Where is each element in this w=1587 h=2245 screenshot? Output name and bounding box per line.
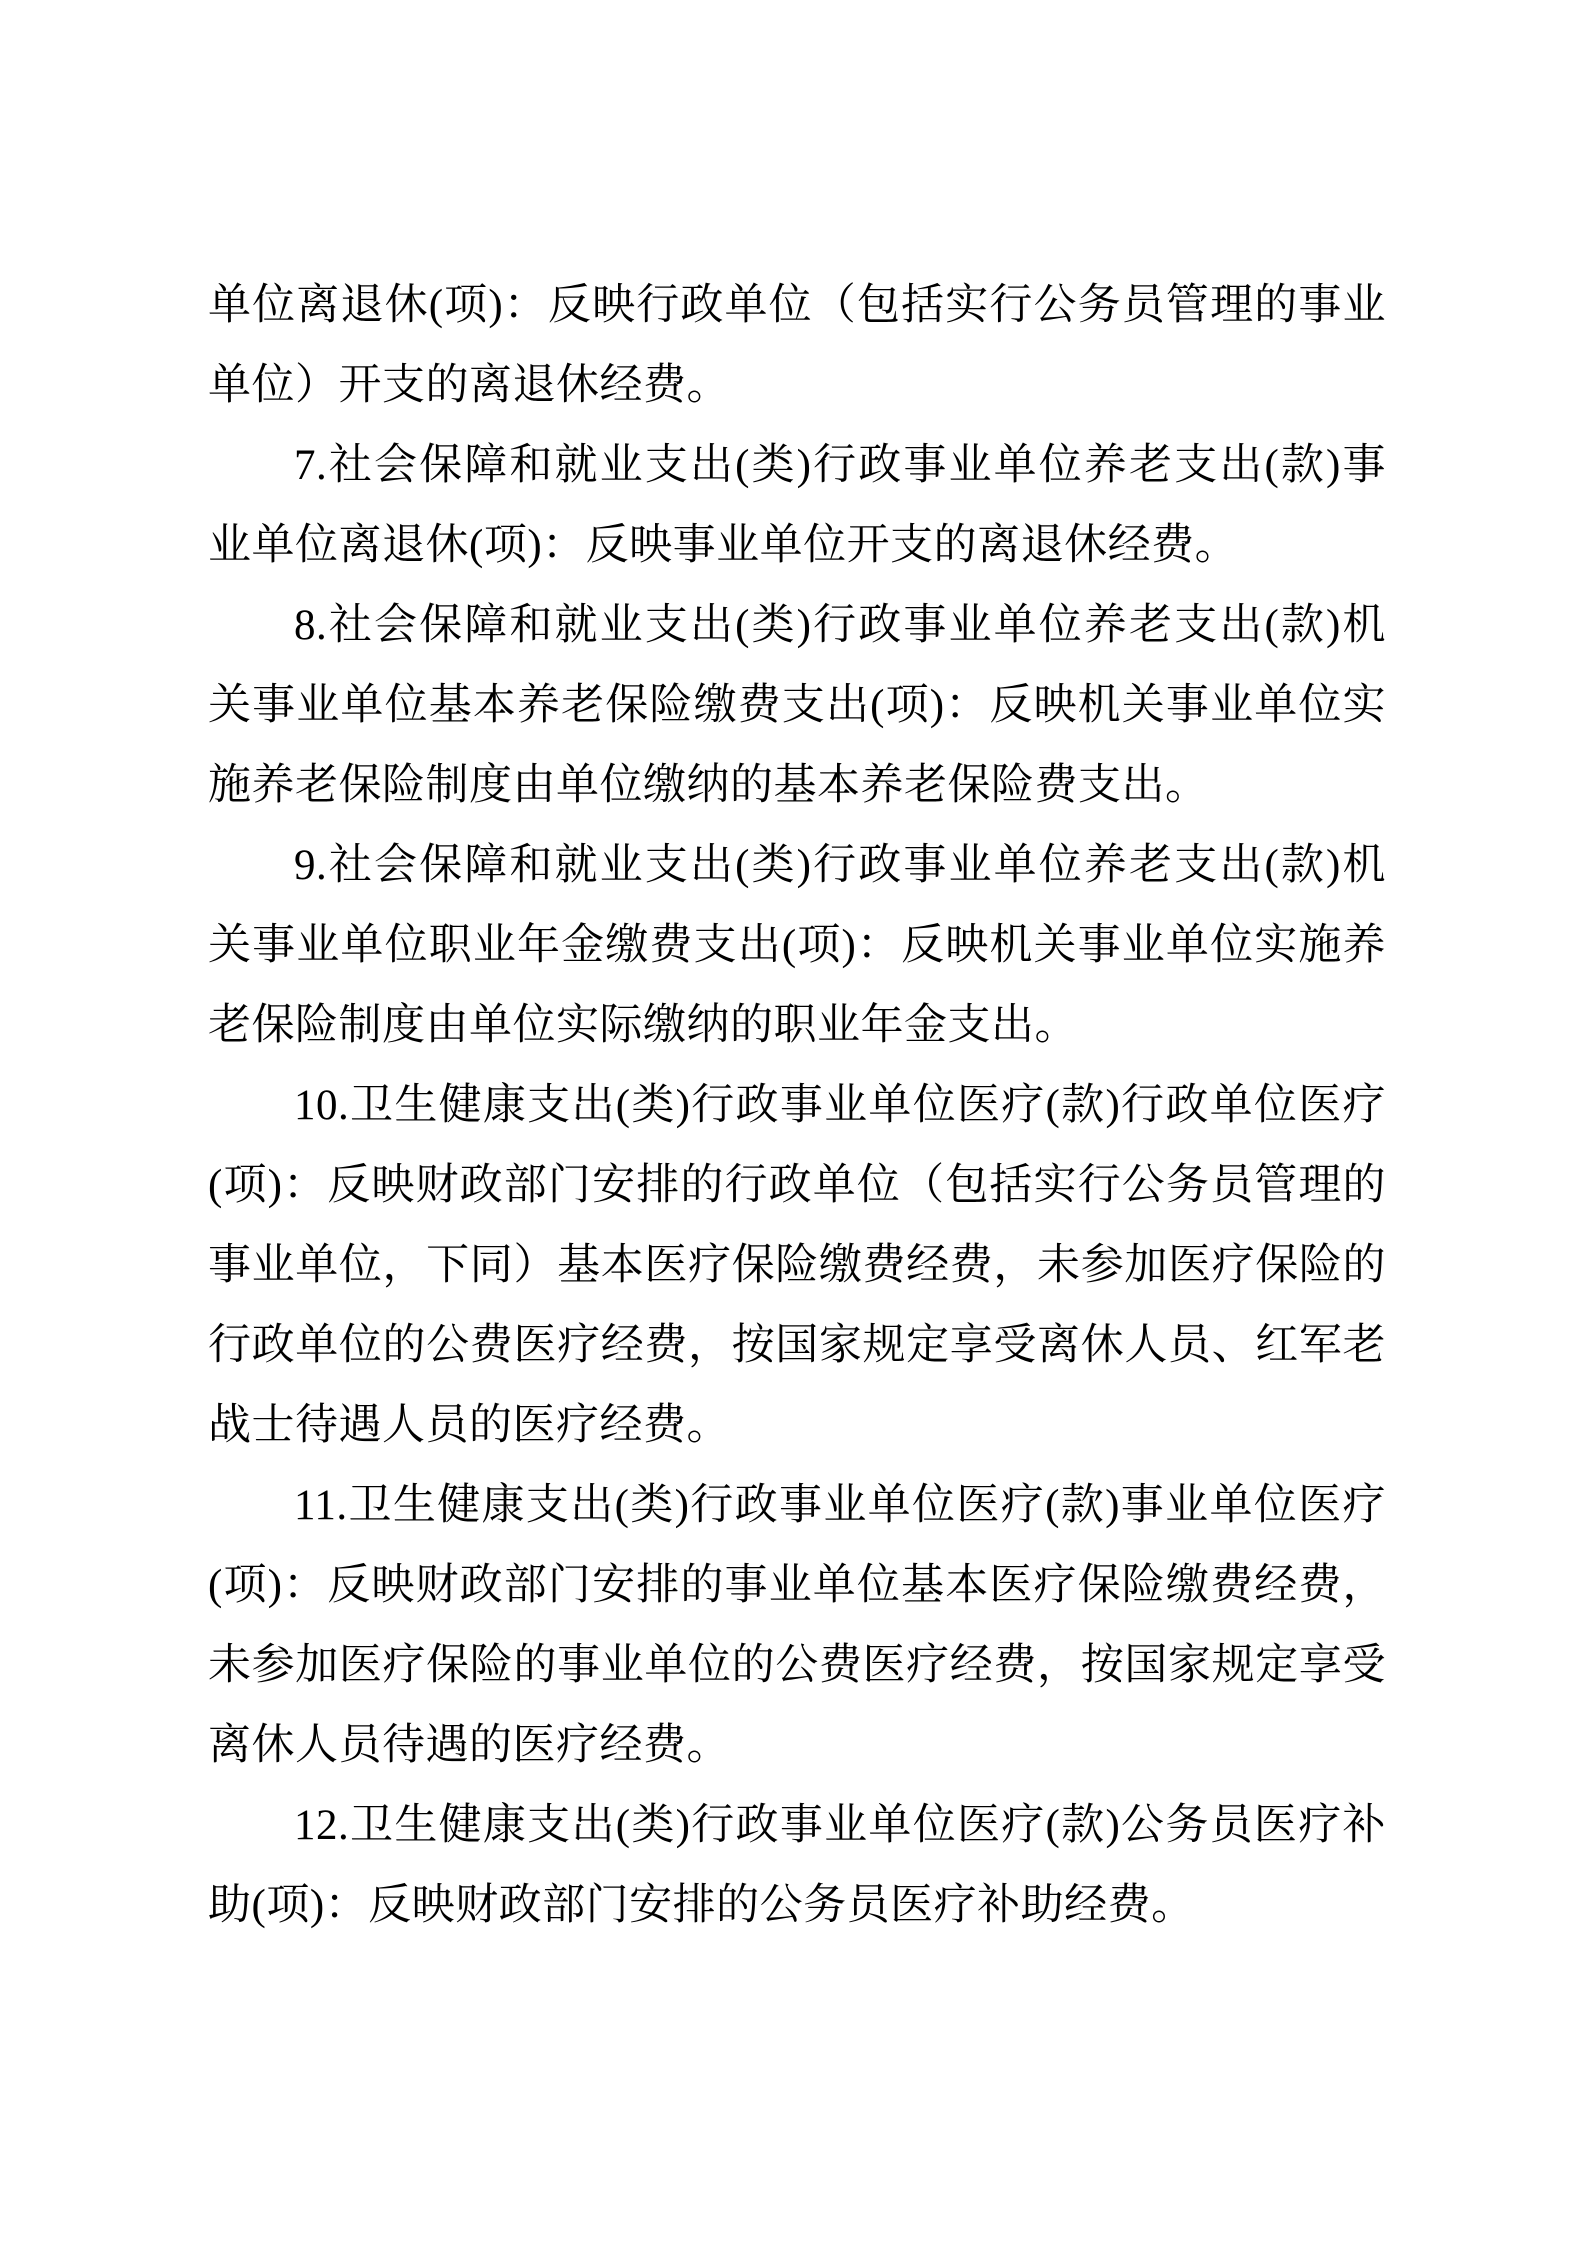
- paragraph-continuation: 单位离退休(项)：反映行政单位（包括实行公务员管理的事业单位）开支的离退休经费。: [208, 266, 1386, 426]
- paragraph-item-7: 7.社会保障和就业支出(类)行政事业单位养老支出(款)事业单位离退休(项)：反映…: [208, 426, 1386, 586]
- document-page: 单位离退休(项)：反映行政单位（包括实行公务员管理的事业单位）开支的离退休经费。…: [0, 0, 1587, 2245]
- document-body-text: 单位离退休(项)：反映行政单位（包括实行公务员管理的事业单位）开支的离退休经费。…: [208, 266, 1386, 1946]
- paragraph-item-8: 8.社会保障和就业支出(类)行政事业单位养老支出(款)机关事业单位基本养老保险缴…: [208, 586, 1386, 826]
- paragraph-item-11: 11.卫生健康支出(类)行政事业单位医疗(款)事业单位医疗(项)：反映财政部门安…: [208, 1466, 1386, 1786]
- paragraph-item-9: 9.社会保障和就业支出(类)行政事业单位养老支出(款)机关事业单位职业年金缴费支…: [208, 826, 1386, 1066]
- paragraph-item-10: 10.卫生健康支出(类)行政事业单位医疗(款)行政单位医疗(项)：反映财政部门安…: [208, 1066, 1386, 1466]
- paragraph-item-12: 12.卫生健康支出(类)行政事业单位医疗(款)公务员医疗补助(项)：反映财政部门…: [208, 1786, 1386, 1946]
